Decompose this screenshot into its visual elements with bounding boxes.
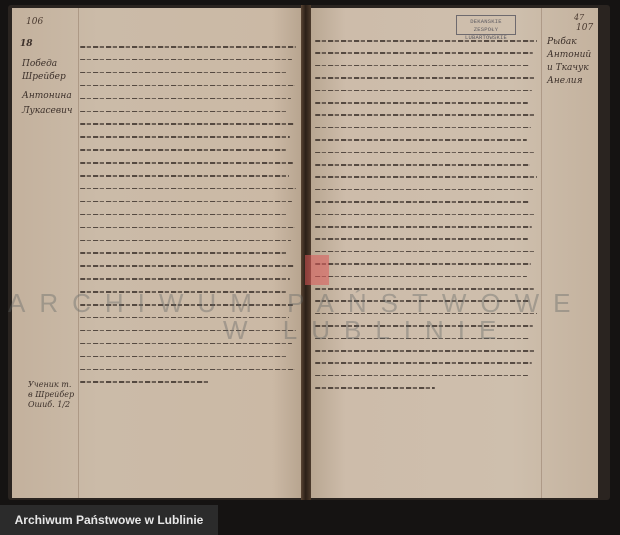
margin-note: Анелия: [547, 75, 583, 88]
margin-note: Антоний: [547, 49, 591, 62]
red-marker: [305, 255, 329, 285]
archive-stamp: DEKANSKIE ZESPOŁY LUBARTOWSKIE: [456, 15, 516, 35]
margin-note: Рыбак: [547, 36, 577, 49]
margin-note: и Ткачук: [547, 62, 589, 75]
watermark-line2: W LUBLINIE: [223, 315, 510, 346]
left-page: 106 18 Победа Шрейбер Антонина Лукасевич…: [12, 8, 301, 498]
folio-number: 106: [26, 17, 43, 27]
folio-number: 107: [576, 23, 593, 33]
folio-mark: 47: [574, 13, 584, 22]
right-page: 47 107 Рыбак Антоний и Ткачук Анелия: [311, 8, 598, 498]
document-viewer[interactable]: 106 18 Победа Шрейбер Антонина Лукасевич…: [0, 0, 620, 535]
book-spine: [301, 5, 311, 500]
margin-note-lower: Ученик т. в Шрейбер Ошиб. 1/2: [28, 380, 74, 410]
margin-note: Победа: [22, 58, 57, 71]
margin-rule: [541, 8, 542, 498]
archive-caption: Archiwum Państwowe w Lublinie: [0, 505, 218, 535]
margin-note: Антонина: [22, 90, 72, 103]
book-scan: 106 18 Победа Шрейбер Антонина Лукасевич…: [8, 5, 610, 500]
margin-rule: [78, 8, 79, 498]
margin-note: Лукасевич: [22, 105, 72, 118]
entry-number: 18: [20, 38, 33, 51]
margin-note: Шрейбер: [22, 71, 66, 84]
